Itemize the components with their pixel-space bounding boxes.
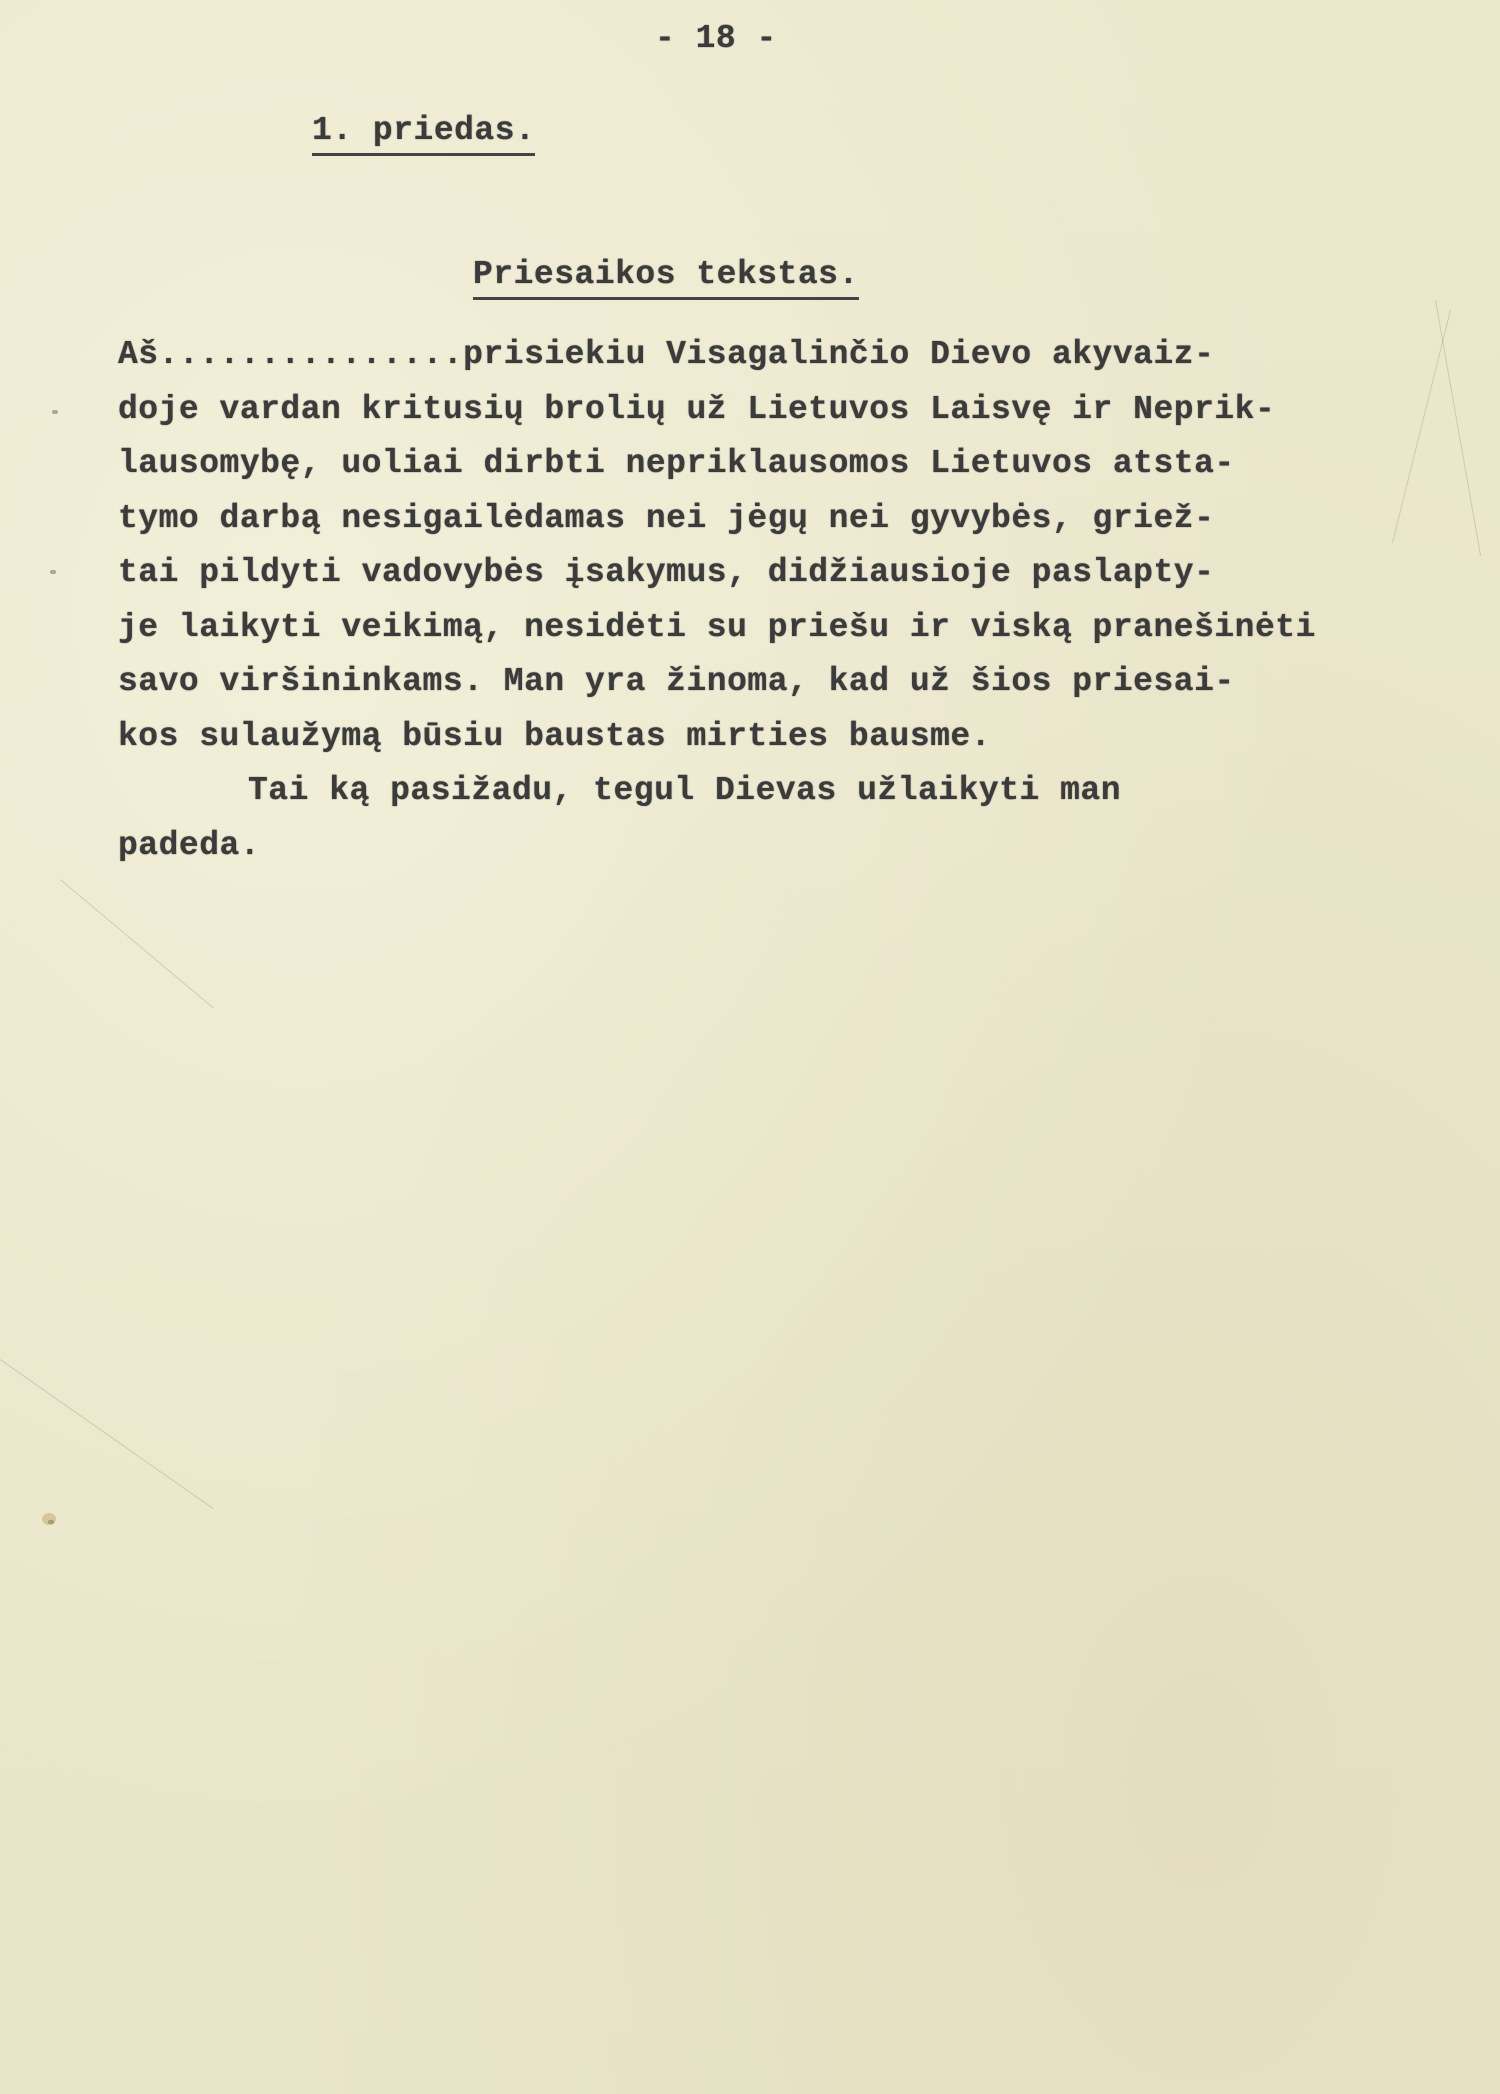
- oath-line: je laikyti veikimą, nesidėti su priešu i…: [118, 601, 1316, 656]
- oath-title: Priesaikos tekstas.: [473, 256, 859, 300]
- oath-text: Aš...............prisiekiu Visagalinčio …: [118, 328, 1316, 873]
- margin-mark: [50, 570, 56, 574]
- oath-line: doje vardan kritusių brolių už Lietuvos …: [118, 383, 1316, 438]
- paper-crease: [1392, 310, 1451, 543]
- oath-line: tai pildyti vadovybės įsakymus, didžiaus…: [118, 546, 1316, 601]
- closing-line: Tai ką pasižadu, tegul Dievas užlaikyti …: [118, 764, 1316, 819]
- page-number: - 18 -: [655, 20, 777, 57]
- appendix-heading: 1. priedas.: [312, 112, 535, 156]
- paper-crease: [60, 879, 214, 1008]
- closing-line: padeda.: [118, 819, 1316, 874]
- oath-line: lausomybę, uoliai dirbti nepriklausomos …: [118, 437, 1316, 492]
- paper-stain: [42, 1513, 56, 1525]
- oath-line: kos sulaužymą būsiu baustas mirties baus…: [118, 710, 1316, 765]
- paper-crease: [0, 1359, 214, 1509]
- oath-line: savo viršininkams. Man yra žinoma, kad u…: [118, 655, 1316, 710]
- oath-line: tymo darbą nesigailėdamas nei jėgų nei g…: [118, 492, 1316, 547]
- oath-line: Aš...............prisiekiu Visagalinčio …: [118, 328, 1316, 383]
- typewritten-page: - 18 - 1. priedas. Priesaikos tekstas. A…: [0, 0, 1500, 2094]
- margin-mark: [52, 410, 58, 414]
